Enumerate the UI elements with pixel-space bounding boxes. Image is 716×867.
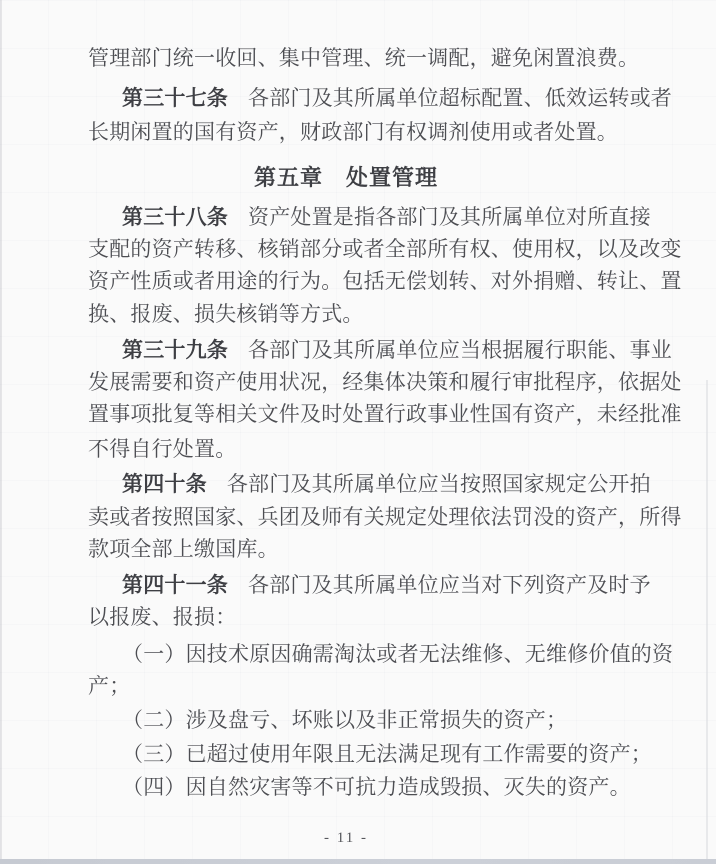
line-text: 置事项批复等相关文件及时处置行政事业性国有资产，未经批准	[88, 402, 682, 426]
line-text: 不得自行处置。	[88, 437, 236, 461]
line-text: 款项全部上缴国库。	[88, 537, 279, 561]
line-text: 发展需要和资产使用状况，经集体决策和履行审批程序，依据处	[88, 370, 682, 394]
text-line: 产；	[88, 674, 130, 699]
line-text: 支配的资产转移、核销部分或者全部所有权、使用权，以及改变	[88, 237, 682, 261]
line-text: 资产性质或者用途的行为。包括无偿划转、对外捐赠、转让、置	[88, 269, 682, 293]
text-line: 第三十七条各部门及其所属单位超标配置、低效运转或者	[122, 86, 672, 111]
text-line: 第四十条各部门及其所属单位应当按照国家规定公开拍	[122, 472, 651, 497]
scan-edge-left	[0, 0, 2, 867]
text-line: 款项全部上缴国库。	[88, 537, 279, 562]
line-text: 产；	[88, 674, 130, 698]
line-text: （四）因自然灾害等不可抗力造成毁损、灭失的资产。	[122, 775, 631, 799]
scanned-document-page: 管理部门统一收回、集中管理、统一调配，避免闲置浪费。 第三十七条各部门及其所属单…	[0, 0, 716, 867]
list-item-line: （一）因技术原因确需淘汰或者无法维修、无维修价值的资	[122, 642, 673, 667]
text-line: 换、报废、损失核销等方式。	[88, 302, 364, 327]
text-line: 发展需要和资产使用状况，经集体决策和履行审批程序，依据处	[88, 370, 682, 395]
line-text: 长期闲置的国有资产，财政部门有权调剂使用或者处置。	[88, 120, 618, 144]
list-item-line: （二）涉及盘亏、坏账以及非正常损失的资产；	[122, 708, 567, 733]
line-text: 资产处置是指各部门及其所属单位对所直接	[248, 205, 651, 229]
article-number: 第四十一条	[122, 573, 228, 597]
scan-edge-right	[706, 380, 708, 867]
line-text: （二）涉及盘亏、坏账以及非正常损失的资产；	[122, 708, 567, 732]
page-number: - 11 -	[0, 830, 692, 847]
text-line: 卖或者按照国家、兵团及师有关规定处理依法罚没的资产，所得	[88, 505, 682, 530]
text-line: 置事项批复等相关文件及时处置行政事业性国有资产，未经批准	[88, 402, 682, 427]
line-text: 各部门及其所属单位应当按照国家规定公开拍	[227, 472, 651, 496]
line-text: 换、报废、损失核销等方式。	[88, 302, 364, 326]
text-line: 第三十九条各部门及其所属单位应当根据履行职能、事业	[122, 338, 672, 363]
list-item-line: （三）已超过使用年限且无法满足现有工作需要的资产；	[122, 742, 652, 767]
text-line: 不得自行处置。	[88, 437, 236, 462]
text-line: 第三十八条资产处置是指各部门及其所属单位对所直接	[122, 205, 651, 230]
chapter-heading: 第五章 处置管理	[0, 161, 692, 192]
text-line: 管理部门统一收回、集中管理、统一调配，避免闲置浪费。	[88, 46, 639, 71]
line-text: 各部门及其所属单位应当根据履行职能、事业	[248, 338, 672, 362]
article-number: 第三十八条	[122, 205, 228, 229]
line-text: 各部门及其所属单位超标配置、低效运转或者	[248, 86, 672, 110]
text-line: 第四十一条各部门及其所属单位应当对下列资产及时予	[122, 573, 651, 598]
article-number: 第四十条	[122, 472, 207, 496]
article-number: 第三十七条	[122, 86, 228, 110]
line-text: （一）因技术原因确需淘汰或者无法维修、无维修价值的资	[122, 642, 673, 666]
text-line: 以报废、报损：	[88, 605, 236, 630]
text-line: 长期闲置的国有资产，财政部门有权调剂使用或者处置。	[88, 120, 618, 145]
line-text: 卖或者按照国家、兵团及师有关规定处理依法罚没的资产，所得	[88, 505, 682, 529]
text-line: 支配的资产转移、核销部分或者全部所有权、使用权，以及改变	[88, 237, 682, 262]
line-text: 管理部门统一收回、集中管理、统一调配，避免闲置浪费。	[88, 46, 639, 70]
line-text: 以报废、报损：	[88, 605, 236, 629]
text-line: 资产性质或者用途的行为。包括无偿划转、对外捐赠、转让、置	[88, 269, 682, 294]
article-number: 第三十九条	[122, 338, 228, 362]
list-item-line: （四）因自然灾害等不可抗力造成毁损、灭失的资产。	[122, 775, 631, 800]
line-text: （三）已超过使用年限且无法满足现有工作需要的资产；	[122, 742, 652, 766]
line-text: 各部门及其所属单位应当对下列资产及时予	[248, 573, 651, 597]
